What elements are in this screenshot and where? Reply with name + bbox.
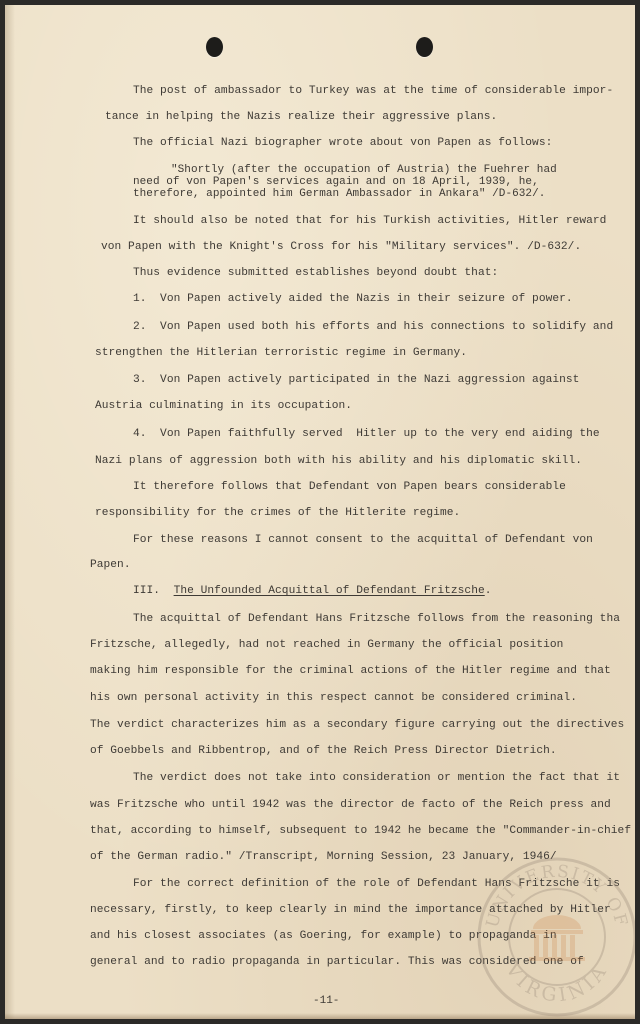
list-item-2: 2. Von Papen used both his efforts and h…	[133, 321, 613, 334]
text-line: The verdict characterizes him as a secon…	[90, 719, 624, 732]
text-line: necessary, firstly, to keep clearly in m…	[90, 904, 611, 917]
document-page: The post of ambassador to Turkey was at …	[5, 5, 635, 1019]
list-item-3: 3. Von Papen actively participated in th…	[133, 374, 579, 387]
text-line: that, according to himself, subsequent t…	[90, 825, 631, 838]
text-line: The acquittal of Defendant Hans Fritzsch…	[133, 613, 620, 626]
text-line: was Fritzsche who until 1942 was the dir…	[90, 799, 611, 812]
section-heading: III. The Unfounded Acquittal of Defendan…	[133, 585, 491, 598]
text-line: and his closest associates (as Goering, …	[90, 930, 557, 943]
text-line: Papen.	[90, 559, 131, 572]
typed-text-body: The post of ambassador to Turkey was at …	[5, 5, 635, 1019]
text-line: For these reasons I cannot consent to th…	[133, 534, 593, 547]
text-line: It should also be noted that for his Tur…	[133, 215, 606, 228]
list-item-4-cont: Nazi plans of aggression both with his a…	[95, 455, 582, 468]
text-line: making him responsible for the criminal …	[90, 665, 611, 678]
section-title: The Unfounded Acquittal of Defendant Fri…	[174, 585, 485, 597]
list-item-3-cont: Austria culminating in its occupation.	[95, 400, 352, 413]
text-line: von Papen with the Knight's Cross for hi…	[101, 241, 581, 254]
list-item-4: 4. Von Papen faithfully served Hitler up…	[133, 428, 600, 441]
list-item-1: 1. Von Papen actively aided the Nazis in…	[133, 293, 573, 306]
text-line: responsibility for the crimes of the Hit…	[95, 507, 460, 520]
text-line: Fritzsche, allegedly, had not reached in…	[90, 639, 563, 652]
text-line: of Goebbels and Ribbentrop, and of the R…	[90, 745, 557, 758]
text-line: For the correct definition of the role o…	[133, 878, 620, 891]
text-line: The verdict does not take into considera…	[133, 772, 620, 785]
section-numeral: III.	[133, 585, 160, 597]
text-line: The post of ambassador to Turkey was at …	[133, 85, 613, 98]
text-line: his own personal activity in this respec…	[90, 692, 577, 705]
text-line: tance in helping the Nazis realize their…	[105, 111, 497, 124]
text-line: of the German radio." /Transcript, Morni…	[90, 851, 557, 864]
section-period: .	[485, 585, 492, 597]
text-line: It therefore follows that Defendant von …	[133, 481, 566, 494]
list-item-2-cont: strengthen the Hitlerian terroristic reg…	[95, 347, 467, 360]
page-number: -11-	[313, 995, 339, 1007]
text-line: The official Nazi biographer wrote about…	[133, 137, 552, 150]
text-line: Thus evidence submitted establishes beyo…	[133, 267, 498, 280]
quote-line: therefore, appointed him German Ambassad…	[133, 188, 545, 201]
text-line: general and to radio propaganda in parti…	[90, 956, 584, 969]
